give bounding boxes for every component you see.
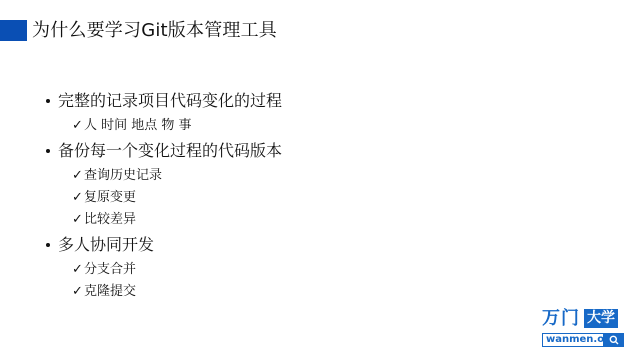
- bullet-group-1: 完整的记录项目代码变化的过程 ✓人 时间 地点 物 事: [44, 90, 282, 134]
- bullet-item: 完整的记录项目代码变化的过程: [44, 90, 282, 112]
- search-icon: [604, 333, 624, 347]
- sub-item: ✓复原变更: [44, 189, 282, 206]
- wanmen-logo: 万门 大学 wanmen.org: [542, 308, 628, 348]
- sub-item-text: 人 时间 地点 物 事: [84, 118, 192, 133]
- logo-badge: 大学: [584, 309, 618, 328]
- title-accent-bar: [0, 20, 27, 41]
- check-icon: ✓: [72, 117, 84, 134]
- bullet-dot-icon: [46, 99, 50, 103]
- bullet-dot-icon: [46, 243, 50, 247]
- bullet-text: 多人协同开发: [58, 235, 154, 254]
- bullet-dot-icon: [46, 149, 50, 153]
- check-icon: ✓: [72, 211, 84, 228]
- bullet-item: 多人协同开发: [44, 234, 282, 256]
- bullet-group-2: 备份每一个变化过程的代码版本 ✓查询历史记录 ✓复原变更 ✓比较差异: [44, 140, 282, 228]
- bullet-list: 完整的记录项目代码变化的过程 ✓人 时间 地点 物 事 备份每一个变化过程的代码…: [44, 90, 282, 306]
- sub-item: ✓比较差异: [44, 211, 282, 228]
- check-icon: ✓: [72, 283, 84, 300]
- bullet-text: 备份每一个变化过程的代码版本: [58, 141, 282, 160]
- check-icon: ✓: [72, 189, 84, 206]
- sub-item-text: 克隆提交: [84, 284, 136, 299]
- logo-brand: 万门: [542, 308, 584, 329]
- logo-url: wanmen.org: [542, 333, 604, 347]
- bullet-text: 完整的记录项目代码变化的过程: [58, 91, 282, 110]
- sub-item: ✓克隆提交: [44, 283, 282, 300]
- logo-top-row: 万门 大学: [542, 308, 628, 329]
- bullet-item: 备份每一个变化过程的代码版本: [44, 140, 282, 162]
- check-icon: ✓: [72, 167, 84, 184]
- sub-item: ✓分支合并: [44, 261, 282, 278]
- slide-title: 为什么要学习Git版本管理工具: [32, 18, 277, 43]
- check-icon: ✓: [72, 261, 84, 278]
- sub-item-text: 查询历史记录: [84, 168, 162, 183]
- sub-item: ✓查询历史记录: [44, 167, 282, 184]
- sub-item-text: 分支合并: [84, 262, 136, 277]
- logo-bottom-row: wanmen.org: [542, 333, 628, 347]
- bullet-group-3: 多人协同开发 ✓分支合并 ✓克隆提交: [44, 234, 282, 300]
- sub-item-text: 比较差异: [84, 212, 136, 227]
- sub-item-text: 复原变更: [84, 190, 136, 205]
- sub-item: ✓人 时间 地点 物 事: [44, 117, 282, 134]
